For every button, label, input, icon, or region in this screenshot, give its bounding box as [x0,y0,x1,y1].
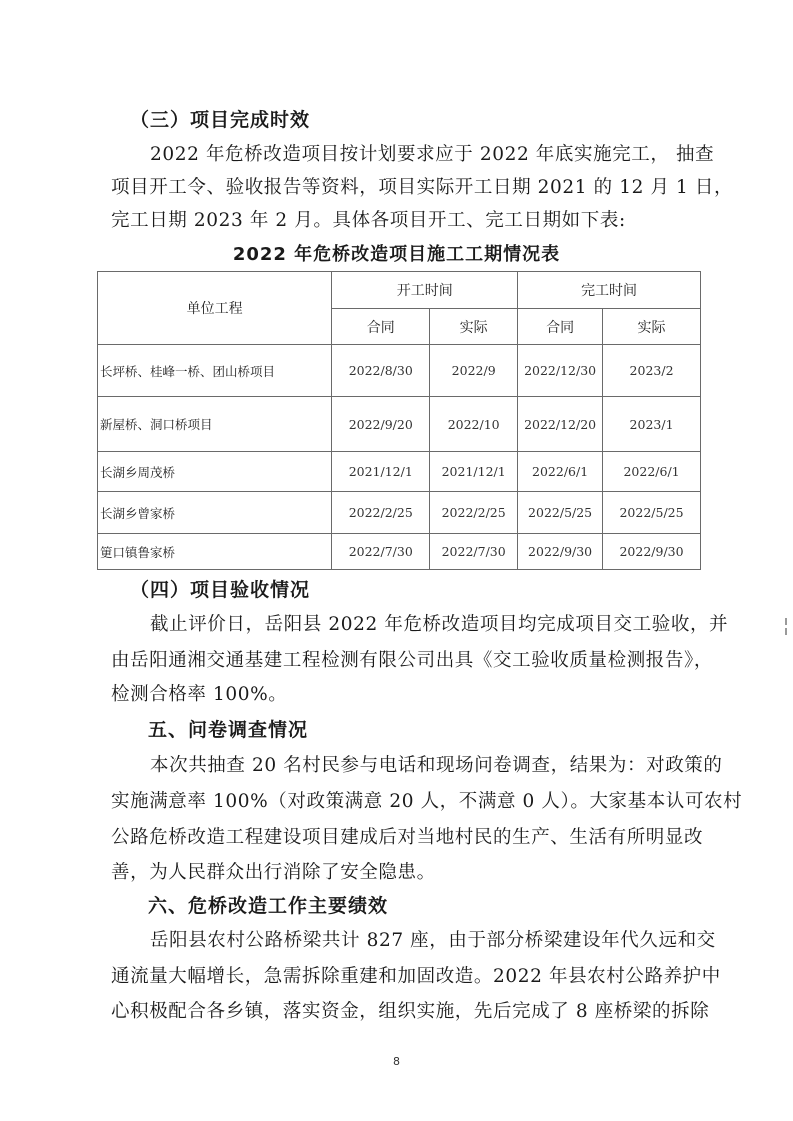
section-heading-acceptance: （四）项目验收情况 [130,578,710,602]
start-actual-date: 2021/12/1 [430,452,518,492]
table-row: 长坪桥、桂峰一桥、团山桥项目 2022/8/30 2022/9 2022/12/… [98,345,701,397]
unit-name: 长坪桥、桂峰一桥、团山桥项目 [98,345,332,397]
scan-margin-mark [785,628,787,635]
unit-name: 长湖乡周茂桥 [98,452,332,492]
paragraph-line: 公路危桥改造工程建设项目建成后对当地村民的生产、生活有所明显改 [111,826,687,850]
header-start-contract: 合同 [332,309,430,345]
table-row: 筻口镇鲁家桥 2022/7/30 2022/7/30 2022/9/30 202… [98,534,701,570]
header-finish-time: 完工时间 [518,272,701,309]
start-contract-date: 2022/9/20 [332,397,430,452]
finish-actual-date: 2022/5/25 [603,492,701,534]
unit-name: 筻口镇鲁家桥 [98,534,332,570]
start-contract-date: 2022/7/30 [332,534,430,570]
start-actual-date: 2022/2/25 [430,492,518,534]
finish-contract-date: 2022/6/1 [518,452,603,492]
start-contract-date: 2021/12/1 [332,452,430,492]
construction-schedule-table: 单位工程 开工时间 完工时间 合同 实际 合同 实际 长坪桥、桂峰一桥、团山桥项… [97,271,701,570]
header-unit: 单位工程 [98,272,332,345]
finish-contract-date: 2022/12/30 [518,345,603,397]
finish-actual-date: 2022/9/30 [603,534,701,570]
paragraph-line: 完工日期 2023 年 2 月。具体各项目开工、完工日期如下表: [111,209,691,233]
paragraph-line: 实施满意率 100%（对政策满意 20 人，不满意 0 人）。大家基本认可农村 [111,790,687,814]
start-actual-date: 2022/7/30 [430,534,518,570]
finish-contract-date: 2022/12/20 [518,397,603,452]
finish-contract-date: 2022/9/30 [518,534,603,570]
paragraph-line: 检测合格率 100%。 [111,683,691,707]
page-number: 8 [0,1055,793,1068]
finish-actual-date: 2022/6/1 [603,452,701,492]
start-contract-date: 2022/2/25 [332,492,430,534]
finish-contract-date: 2022/5/25 [518,492,603,534]
start-contract-date: 2022/8/30 [332,345,430,397]
unit-name: 长湖乡曾家桥 [98,492,332,534]
paragraph-line: 由岳阳通湘交通基建工程检测有限公司出具《交工验收质量检测报告》， [111,649,687,673]
table-row: 长湖乡周茂桥 2021/12/1 2021/12/1 2022/6/1 2022… [98,452,701,492]
paragraph-line: 本次共抽查 20 名村民参与电话和现场问卷调查，结果为：对政策的 [150,754,687,778]
finish-actual-date: 2023/2 [603,345,701,397]
paragraph-line: 岳阳县农村公路桥梁共计 827 座，由于部分桥梁建设年代久远和交 [150,929,687,953]
paragraph-line: 心积极配合各乡镇，落实资金，组织实施，先后完成了 8 座桥梁的拆除 [111,1000,687,1024]
header-start-actual: 实际 [430,309,518,345]
section-heading-performance: 六、危桥改造工作主要绩效 [148,894,728,918]
paragraph-line: 项目开工令、验收报告等资料，项目实际开工日期 2021 的 12 月 1 日， [111,176,687,200]
table-row: 新屋桥、洞口桥项目 2022/9/20 2022/10 2022/12/20 2… [98,397,701,452]
section-heading-completion-timeliness: （三）项目完成时效 [130,108,710,132]
paragraph-line: 截止评价日，岳阳县 2022 年危桥改造项目均完成项目交工验收，并 [150,613,687,637]
start-actual-date: 2022/9 [430,345,518,397]
header-finish-contract: 合同 [518,309,603,345]
header-start-time: 开工时间 [332,272,518,309]
section-heading-survey: 五、问卷调查情况 [148,718,728,742]
paragraph-line: 2022 年危桥改造项目按计划要求应于 2022 年底实施完工， 抽查 [150,143,687,167]
header-finish-actual: 实际 [603,309,701,345]
unit-name: 新屋桥、洞口桥项目 [98,397,332,452]
paragraph-line: 通流量大幅增长，急需拆除重建和加固改造。2022 年县农村公路养护中 [111,965,687,989]
scan-margin-mark [785,618,787,625]
start-actual-date: 2022/10 [430,397,518,452]
paragraph-line: 善，为人民群众出行消除了安全隐患。 [111,861,691,885]
table-title: 2022 年危桥改造项目施工工期情况表 [0,243,793,267]
finish-actual-date: 2023/1 [603,397,701,452]
table-row: 长湖乡曾家桥 2022/2/25 2022/2/25 2022/5/25 202… [98,492,701,534]
